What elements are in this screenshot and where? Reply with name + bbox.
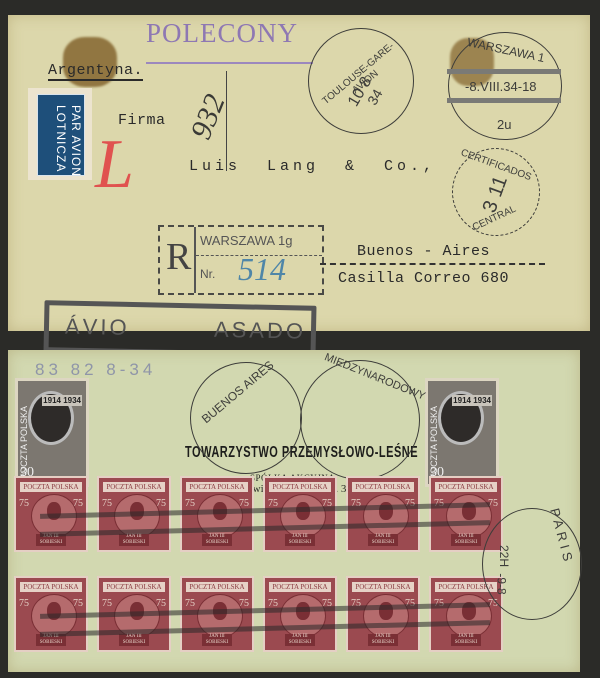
registration-office: WARSZAWA 1g: [200, 233, 292, 248]
address-dashed-rule: [320, 263, 545, 265]
postmark-miedzynarodowy: MIEDZYNARODOWY: [300, 360, 420, 480]
stamp-country: POCZTA POLSKA: [20, 582, 82, 592]
destination-country: Argentyna.: [48, 62, 143, 81]
postmark-toulouse: TOULOUSE-GARE-AVION 10 8 34: [308, 28, 414, 134]
portrait-icon: [363, 594, 409, 638]
pencil-note: 83 82 8-34: [35, 360, 156, 380]
stamp-75gr: POCZTA POLSKA7575JAN III SOBIESKI: [263, 476, 337, 552]
stamp-caption: JAN III SOBIESKI: [451, 634, 481, 646]
stamp-caption: JAN III SOBIESKI: [119, 534, 149, 546]
portrait-icon: [363, 494, 409, 538]
portrait-icon: [446, 594, 492, 638]
registration-nr-value: 514: [238, 251, 286, 288]
portrait-icon: [280, 494, 326, 538]
portrait-icon: [446, 494, 492, 538]
address-line-3: Buenos - Aires: [357, 243, 490, 260]
stamp-caption: JAN III SOBIESKI: [285, 634, 315, 646]
stamp-caption: JAN III SOBIESKI: [285, 534, 315, 546]
stamp-caption: JAN III SOBIESKI: [451, 534, 481, 546]
stamp-30gr: POCZTA POLSKA 1914 1934 30: [15, 378, 89, 487]
postmark-buenos-aires: BUENOS AIRES: [190, 362, 302, 474]
postmark-paris: PARIS 22H -9-8: [482, 508, 582, 620]
stamp-country: POCZTA POLSKA: [186, 582, 248, 592]
stamp-country: POCZTA POLSKA: [103, 582, 165, 592]
address-line-4: Casilla Correo 680: [338, 270, 509, 287]
stamp-caption: JAN III SOBIESKI: [202, 534, 232, 546]
stamp-30gr: POCZTA POLSKA 1914 1934 30: [425, 378, 499, 487]
airmail-label-text: PAR AVION LOTNICZA: [53, 105, 83, 185]
airmail-label: PAR AVION LOTNICZA: [28, 88, 92, 180]
polecony-handstamp: POLECONY: [146, 18, 313, 64]
stamp-country: POCZTA POLSKA: [435, 482, 497, 492]
postmark-certificados: CERTIFICADOS 3 11 CENTRAL: [452, 148, 540, 236]
portrait-icon: [280, 594, 326, 638]
stamp-75gr: POCZTA POLSKA7575JAN III SOBIESKI: [263, 576, 337, 652]
stamp-country: POCZTA POLSKA: [352, 482, 414, 492]
registration-label: R WARSZAWA 1g Nr. 514: [158, 225, 324, 295]
stamp-caption: JAN III SOBIESKI: [202, 634, 232, 646]
manuscript-rule: [226, 71, 227, 171]
postmark-warszawa: WARSZAWA 1 -8.VIII.34-18 2u: [448, 32, 562, 140]
stamp-country: POCZTA POLSKA: [352, 582, 414, 592]
stamp-75gr: POCZTA POLSKA7575JAN III SOBIESKI: [346, 576, 420, 652]
stamp-country: POCZTA POLSKA: [186, 482, 248, 492]
registration-nr-label: Nr.: [200, 267, 215, 281]
stamp-75gr: POCZTA POLSKA7575JAN III SOBIESKI: [346, 476, 420, 552]
stamp-country: POCZTA POLSKA: [103, 482, 165, 492]
stamp-country: POCZTA POLSKA: [269, 482, 331, 492]
stamp-caption: JAN III SOBIESKI: [368, 634, 398, 646]
red-crayon-mark: L: [95, 125, 134, 205]
stamp-caption: JAN III SOBIESKI: [119, 634, 149, 646]
stamp-country: POCZTA POLSKA: [20, 482, 82, 492]
cover-front: POLECONY Argentyna. PAR AVION LOTNICZA F…: [8, 15, 590, 331]
stamp-country: POCZTA POLSKA: [269, 582, 331, 592]
registration-letter: R: [166, 235, 191, 279]
stamp-caption: JAN III SOBIESKI: [368, 534, 398, 546]
